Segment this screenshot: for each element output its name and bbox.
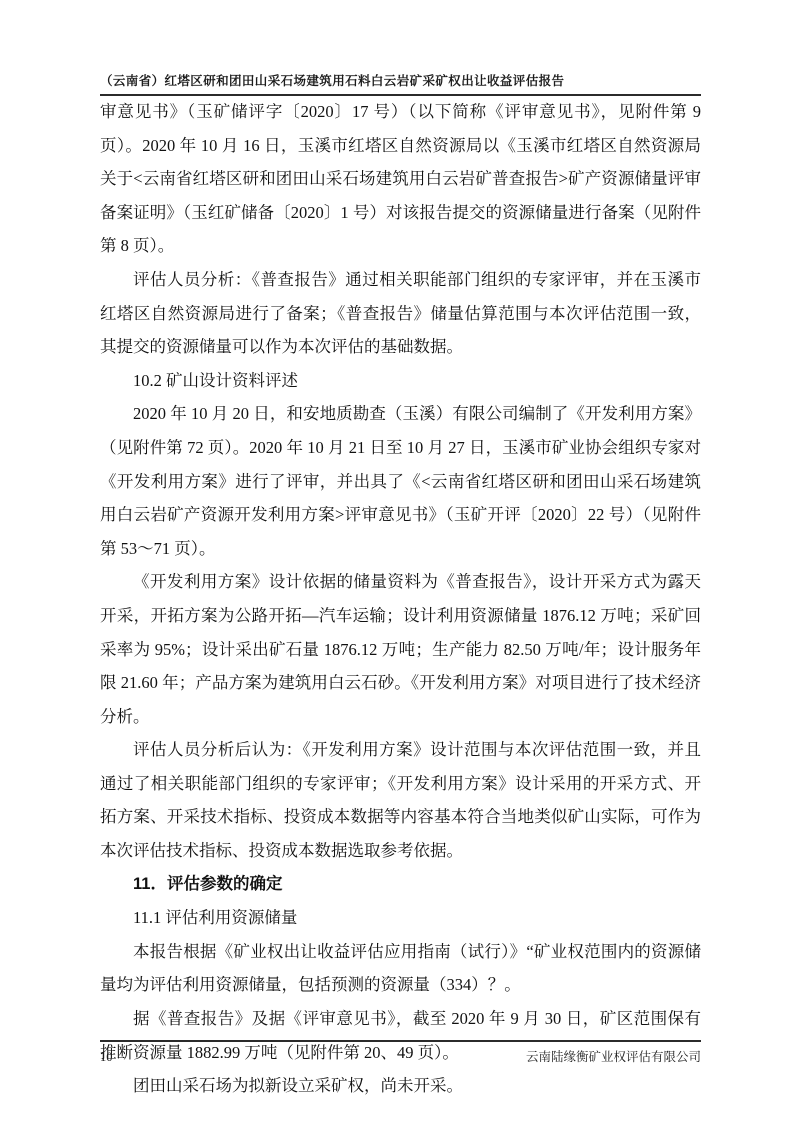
header-title: （云南省）红塔区研和团田山采石场建筑用石料白云岩矿采矿权出让收益评估报告 — [100, 74, 564, 88]
page-footer: 10 云南陆缘衡矿业权评估有限公司 — [100, 1040, 701, 1065]
page-header: （云南省）红塔区研和团田山采石场建筑用石料白云岩矿采矿权出让收益评估报告 — [100, 71, 701, 96]
document-page: （云南省）红塔区研和团田山采石场建筑用石料白云岩矿采矿权出让收益评估报告 审意见… — [0, 0, 794, 1123]
section-heading-11: 11．评估参数的确定 — [100, 868, 701, 902]
paragraph-continuation: 审意见书》（玉矿储评字〔2020〕17 号）（以下简称《评审意见书》，见附件第 … — [100, 95, 701, 263]
paragraph: 评估人员分析：《普查报告》通过相关职能部门组织的专家评审，并在玉溪市红塔区自然资… — [100, 263, 701, 364]
paragraph: 团田山采石场为拟新设立采矿权，尚未开采。 — [100, 1069, 701, 1103]
subsection-heading-10-2: 10.2 矿山设计资料评述 — [100, 364, 701, 398]
paragraph: 本报告根据《矿业权出让收益评估应用指南（试行）》“矿业权范围内的资源储量均为评估… — [100, 935, 701, 1002]
subsection-heading-11-1: 11.1 评估利用资源储量 — [100, 901, 701, 935]
paragraph: 2020 年 10 月 20 日，和安地质勘查（玉溪）有限公司编制了《开发利用方… — [100, 397, 701, 565]
paragraph: 《开发利用方案》设计依据的储量资料为《普查报告》，设计开采方式为露天开采，开拓方… — [100, 565, 701, 733]
page-number: 10 — [100, 1050, 113, 1065]
paragraph: 评估人员分析后认为：《开发利用方案》设计范围与本次评估范围一致，并且通过了相关职… — [100, 733, 701, 867]
document-body: 审意见书》（玉矿储评字〔2020〕17 号）（以下简称《评审意见书》，见附件第 … — [100, 95, 701, 1103]
footer-company-name: 云南陆缘衡矿业权评估有限公司 — [526, 1047, 701, 1065]
